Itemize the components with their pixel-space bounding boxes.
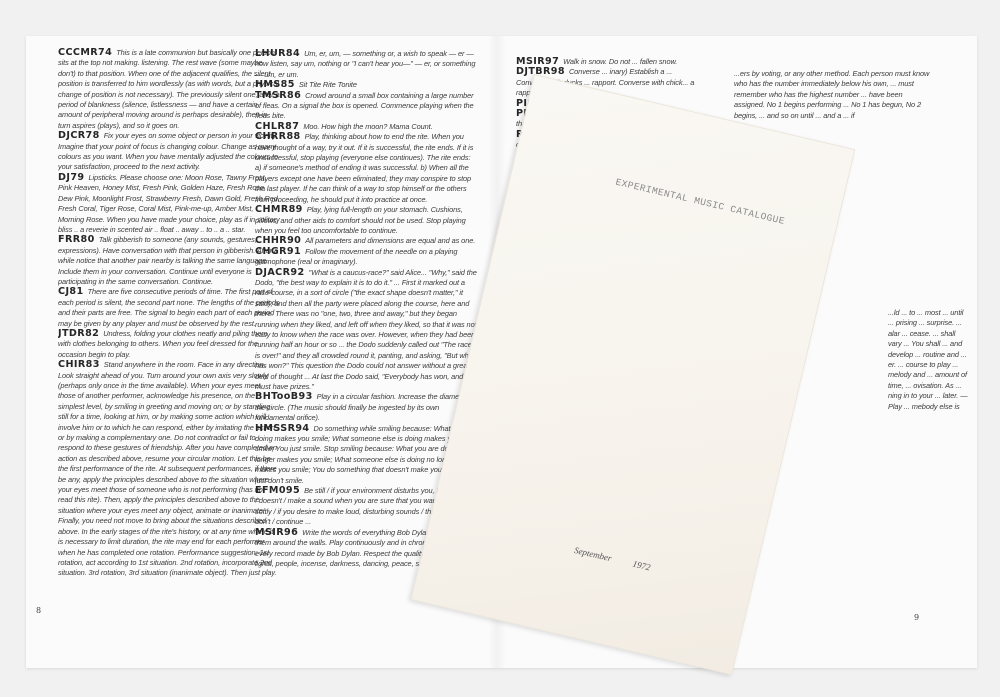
cover-date-month: September: [573, 545, 612, 563]
score-entry: BHTooB93Play in a circular fashion. Incr…: [255, 392, 477, 423]
score-code: HMS85: [255, 79, 295, 90]
score-entry: DJ79Lipsticks. Please choose one: Moon R…: [58, 173, 280, 235]
score-entry: CHGR91Follow the movement of the needle …: [255, 247, 477, 268]
score-text: Walk in snow. Do not ... fallen snow.: [563, 57, 677, 66]
score-code: MSIR96: [255, 527, 298, 538]
left-page-column-1: CCCMR74This is a late communion but basi…: [58, 48, 280, 579]
score-text: Sit Tite Rite Tonite: [299, 80, 357, 89]
score-code: BHTooB93: [255, 391, 313, 402]
score-entry: CHMR89Play, lying full-length on your st…: [255, 205, 477, 236]
score-code: CHHR90: [255, 235, 301, 246]
score-entry: LHUR84Um, er, um, — something or, a wish…: [255, 49, 477, 80]
score-text: All parameters and dimensions are equal …: [305, 236, 475, 245]
score-code: DJACR92: [255, 267, 305, 278]
score-code: CHLR87: [255, 121, 299, 132]
cover-date: September1972: [514, 531, 711, 586]
score-entry: CHIR83Stand anywhere in the room. Face i…: [58, 360, 280, 579]
score-code: DJ79: [58, 172, 84, 183]
score-code: TMSR86: [255, 90, 301, 101]
right-page-column-2: ...ers by voting, or any other method. E…: [734, 69, 934, 121]
cover-date-year: 1972: [632, 559, 652, 573]
score-entry: JTDR82Undress, folding your clothes neat…: [58, 329, 280, 360]
score-text: Lipsticks. Please choose one: Moon Rose,…: [58, 173, 280, 234]
score-code: DJCR78: [58, 130, 100, 141]
right-page-column-2-bottom: ...ld ... to ... most ... until ... pris…: [888, 308, 968, 412]
score-entry: CJ81There are five consecutive periods o…: [58, 287, 280, 329]
score-text: Moo. How high the moon? Mama Count.: [303, 122, 432, 131]
score-code: FRR80: [58, 234, 95, 245]
score-entry: TMSR86Crowd around a small box containin…: [255, 91, 477, 122]
score-entry: CCCMR74This is a late communion but basi…: [58, 48, 280, 131]
score-code: LHUR84: [255, 49, 300, 59]
score-code: CJ81: [58, 286, 84, 297]
page-number-left: 8: [36, 606, 41, 615]
score-code: CHGR91: [255, 246, 301, 257]
score-text: There are five consecutive periods of ti…: [58, 287, 279, 327]
score-code: JTDR82: [58, 328, 99, 339]
score-entry: FRR80Talk gibberish to someone (any soun…: [58, 235, 280, 287]
score-entry: DJCR78Fix your eyes on some object or pe…: [58, 131, 280, 173]
score-entry: DJACR92"What is a caucus-race?" said Ali…: [255, 268, 477, 393]
score-code: CHIR83: [58, 359, 100, 370]
score-code: HMSSR94: [255, 423, 310, 434]
score-text: Stand anywhere in the room. Face in any …: [58, 360, 277, 577]
cover-title: EXPERIMENTAL MUSIC CATALOGUE: [582, 169, 818, 235]
score-text: This is a late communion but basically o…: [58, 48, 280, 130]
score-code: EFM095: [255, 485, 300, 496]
score-entry: CHRR88Play, thinking about how to end th…: [255, 132, 477, 205]
score-code: CHRR88: [255, 131, 301, 142]
score-text: Play, thinking about how to end the rite…: [255, 132, 473, 203]
score-text: "What is a caucus-race?" said Alice... "…: [255, 268, 477, 391]
score-code: CCCMR74: [58, 48, 112, 58]
score-code: CHMR89: [255, 204, 303, 215]
page-number-right: 9: [914, 613, 919, 622]
